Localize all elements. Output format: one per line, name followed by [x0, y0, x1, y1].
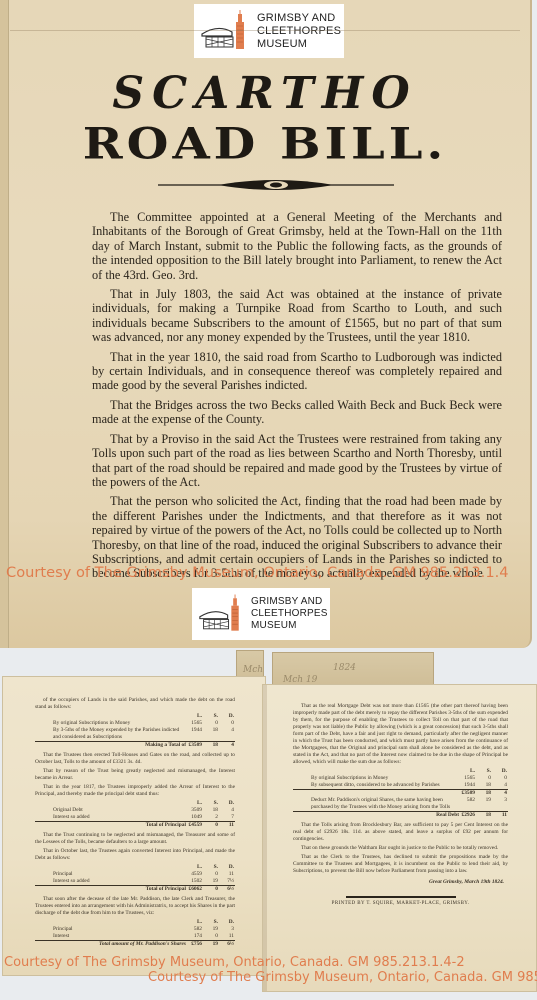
ledger-row: Deduct Mr. Paddison's original Shares, t…: [293, 797, 508, 812]
page-4-text: That as the real Mortgage Debt was not m…: [293, 703, 508, 907]
logo-line-3: MUSEUM: [251, 620, 328, 632]
printer-imprint: PRINTED BY T. SQUIRE, MARKET-PLACE, GRIM…: [293, 900, 508, 907]
logo-line-2: CLEETHORPES: [251, 608, 328, 620]
ledger-total-row: Total of Principal£4559011: [35, 822, 235, 830]
ledger-table-principal-1817: L. S. D. Original Debt3509184 Interest s…: [35, 800, 235, 829]
page-2-intro: of the occupiers of Lands in the said Pa…: [35, 697, 235, 711]
ledger-row: By original Subscriptions in Money156500: [293, 775, 508, 782]
logo-line-1: GRIMSBY AND: [251, 596, 328, 608]
page-4-paragraph: That the Tolls arising from Brocklesbury…: [293, 822, 508, 843]
page-2-paragraph: That by reason of the Trust being greatl…: [35, 768, 235, 782]
page-4-paragraph: That on these grounds the Waltham Bar ou…: [293, 845, 508, 852]
poster-paragraph: That in July 1803, the said Act was obta…: [92, 287, 502, 345]
signature-date-line: Great Grimsby, March 19th 1824.: [293, 879, 504, 886]
decorative-rule-ornament-icon: [158, 179, 394, 191]
museum-logo-text: GRIMSBY AND CLEETHORPES MUSEUM: [257, 12, 341, 51]
museum-logo-text: GRIMSBY AND CLEETHORPES MUSEUM: [251, 596, 328, 632]
poster-paragraph: That by a Proviso in the said Act the Tr…: [92, 432, 502, 490]
ledger-row: Interest so added1502197½: [35, 878, 235, 886]
ledger-row: Original Debt3509184: [35, 807, 235, 814]
ledger-table-subscriptions: L. S. D. By original Subscriptions in Mo…: [35, 713, 235, 749]
ledger-row: Interest so added104927: [35, 814, 235, 822]
page-4-paragraph: That as the real Mortgage Debt was not m…: [293, 703, 508, 766]
page-2-paragraph: That soon after the decease of the late …: [35, 896, 235, 917]
ledger-total-row: Making a Total of£3509184: [35, 742, 235, 750]
ledger-total-row: Total amount of Mr. Paddison's Shares£75…: [35, 941, 235, 949]
ledger-total-row: Total of Principal£606206½: [35, 886, 235, 894]
poster-page-2: of the occupiers of Lands in the said Pa…: [2, 676, 266, 976]
poster-page-1: GRIMSBY AND CLEETHORPES MUSEUM SCARTHO R…: [0, 0, 532, 648]
poster-paragraph: That the Bridges across the two Becks ca…: [92, 398, 502, 427]
page-2-paragraph: That the Trust continuing to be neglecte…: [35, 832, 235, 846]
ledger-table-real-debt: L. S. D. By original Subscriptions in Mo…: [293, 768, 508, 819]
museum-credit-caption-page-2: Courtesy of The Grimsby Museum, Ontario,…: [4, 955, 465, 970]
ledger-row: By original Subscriptions in Money156500: [35, 720, 235, 727]
poster-page-4: That as the real Mortgage Debt was not m…: [262, 684, 537, 992]
poster-body-text: The Committee appointed at a General Mee…: [92, 210, 502, 586]
page-2-text: of the occupiers of Lands in the said Pa…: [35, 697, 235, 951]
logo-line-1: GRIMSBY AND: [257, 12, 341, 25]
poster-title-line-1: SCARTHO: [0, 68, 530, 119]
ledger-row: Interest174011: [35, 933, 235, 941]
museum-building-tower-icon: [198, 594, 248, 634]
ledger-table-paddison-shares: L. S. D. Principal582193 Interest174011 …: [35, 919, 235, 948]
page-4-paragraph: That as the Clerk to the Trustees, has d…: [293, 854, 508, 875]
museum-logo: GRIMSBY AND CLEETHORPES MUSEUM: [194, 4, 344, 58]
page-2-paragraph: That in the year 1817, the Trustees impr…: [35, 784, 235, 798]
tab-handwriting-year: 1824: [333, 663, 356, 673]
ledger-row: By 3-5ths of the Money expended by the P…: [35, 727, 235, 742]
museum-building-tower-icon: [200, 10, 254, 52]
ledger-row: Principal582193: [35, 926, 235, 933]
page-2-paragraph: That in October last, the Trustees again…: [35, 848, 235, 862]
poster-title-line-2: ROAD BILL.: [0, 119, 530, 169]
page-2-paragraph: That the Trustees then erected Toll-Hous…: [35, 752, 235, 766]
ledger-total-row: £3509184: [293, 790, 508, 798]
ledger-total-row: Real Debt£29261811: [293, 812, 508, 820]
poster-paragraph: That in the year 1810, the said road fro…: [92, 350, 502, 393]
museum-credit-caption-page-4: Courtesy of The Grimsby Museum, Ontario,…: [148, 970, 537, 985]
poster-paragraph: The Committee appointed at a General Mee…: [92, 210, 502, 282]
museum-credit-caption: Courtesy of The Grimsby Museum, Ontario,…: [6, 564, 509, 581]
ledger-table-principal-october: L. S. D. Principal4559011 Interest so ad…: [35, 864, 235, 893]
tab-handwriting: Mch: [243, 665, 263, 675]
museum-logo: GRIMSBY AND CLEETHORPES MUSEUM: [192, 588, 330, 640]
logo-line-2: CLEETHORPES: [257, 25, 341, 38]
printer-divider: [346, 896, 456, 898]
logo-line-3: MUSEUM: [257, 38, 341, 51]
ledger-row: By subsequent ditto, considered to be ad…: [293, 782, 508, 790]
ledger-row: Principal4559011: [35, 871, 235, 878]
